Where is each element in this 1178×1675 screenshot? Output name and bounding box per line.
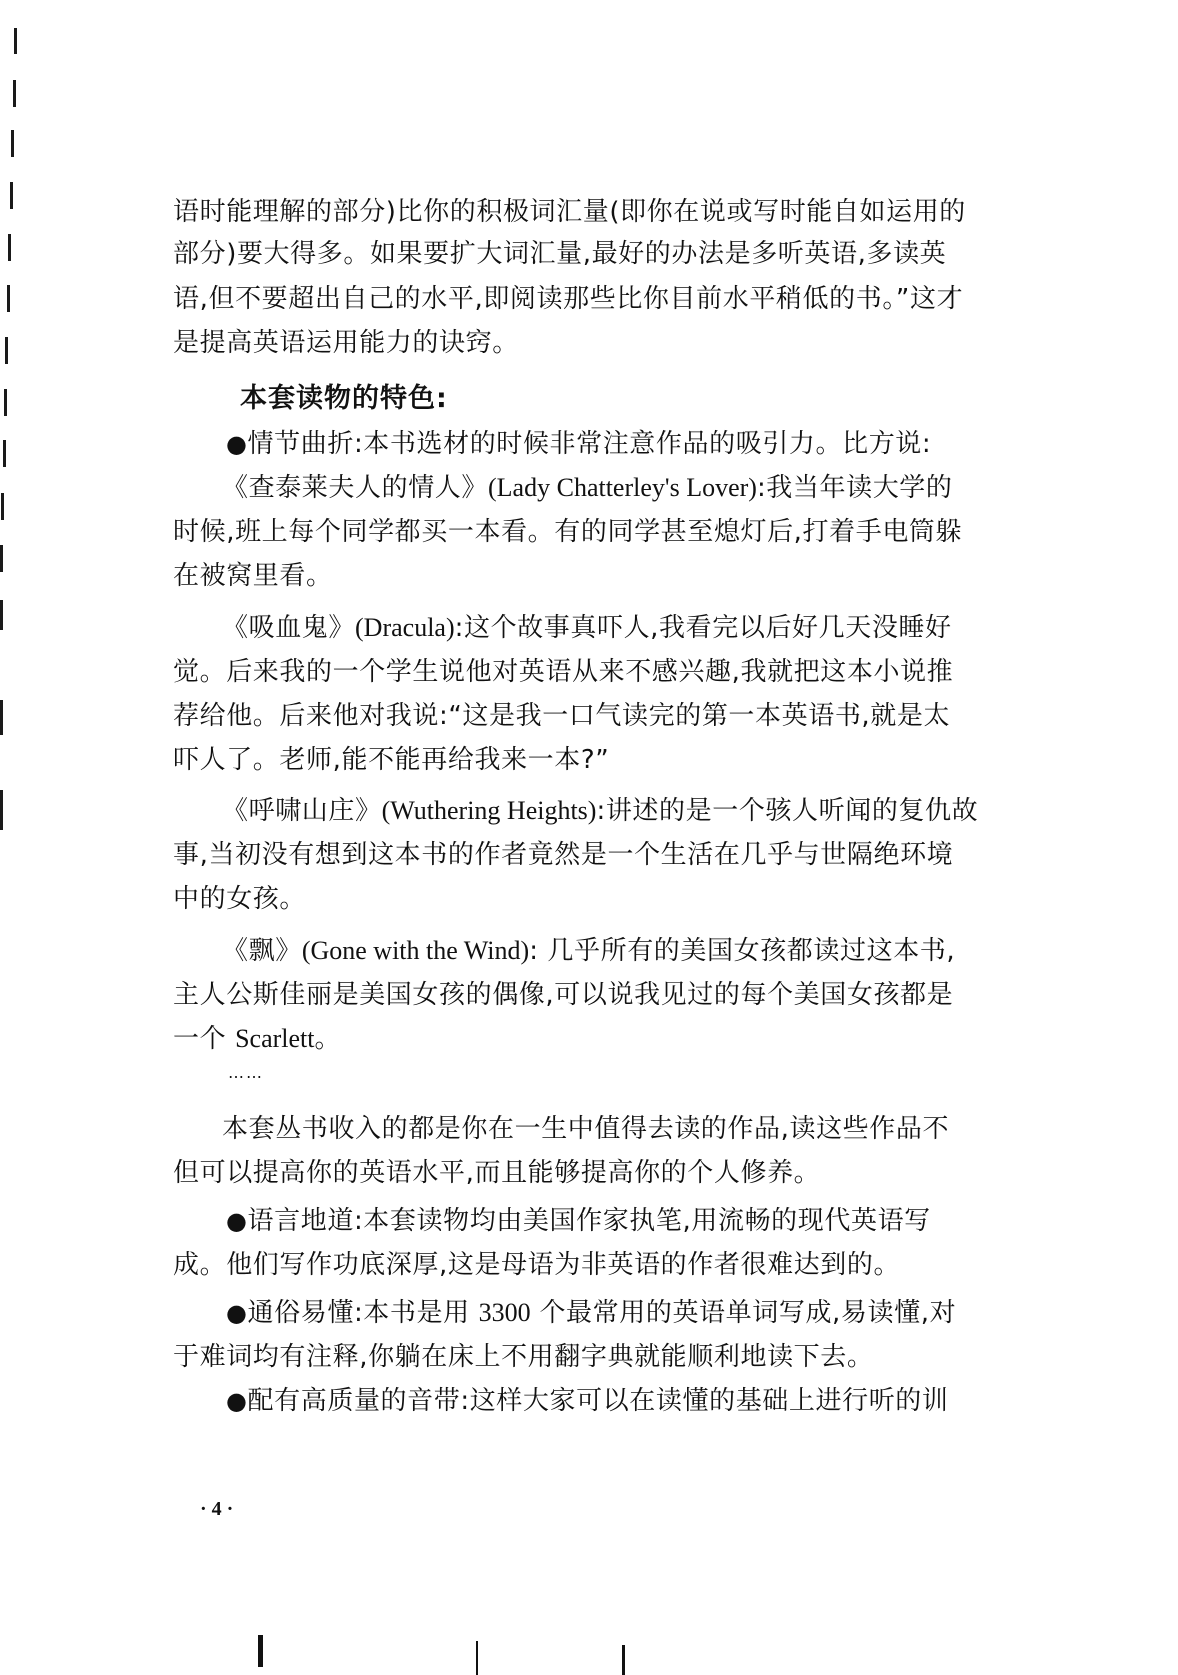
latin-name: Scarlett: [235, 1024, 314, 1053]
binding-mark: [0, 790, 3, 830]
binding-mark: [0, 600, 3, 630]
binding-mark: [8, 234, 11, 261]
book-en-title: (Wuthering Heights): [382, 796, 597, 825]
book-desc: :我当年读大学的: [757, 473, 953, 503]
feature-plot: ●情节曲折:本书选材的时候非常注意作品的吸引力。比方说:: [226, 428, 931, 460]
binding-mark: [13, 80, 16, 107]
paragraph-line: 于难词均有注释,你躺在床上不用翻字典就能顺利地读下去。: [173, 1341, 873, 1373]
paragraph-line: 吓人了。老师,能不能再给我来一本?”: [173, 744, 609, 776]
paragraph-line: 事,当初没有想到这本书的作者竟然是一个生活在几乎与世隔绝环境: [173, 839, 953, 871]
binding-mark: [3, 440, 6, 467]
bullet-icon: ●: [226, 1207, 248, 1235]
paragraph-line: 荐给他。后来他对我说:“这是我一口气读完的第一本英语书,就是太: [173, 700, 950, 732]
paragraph-line: 但可以提高你的英语水平,而且能够提高你的个人修养。: [173, 1157, 820, 1189]
bullet-icon: ●: [226, 1299, 248, 1327]
binding-mark: [1, 493, 4, 520]
book-cn-title: 《吸血鬼》: [222, 613, 355, 643]
paragraph-line: 是提高英语运用能力的诀窍。: [173, 327, 519, 359]
binding-mark: [0, 700, 3, 735]
book-entry-lady-chatterley: 《查泰莱夫人的情人》(Lady Chatterley's Lover):我当年读…: [222, 472, 953, 504]
book-cn-title: 《呼啸山庄》: [222, 796, 382, 826]
line-text: 一个: [173, 1024, 235, 1054]
paragraph-line: 成。他们写作功底深厚,这是母语为非英语的作者很难达到的。: [173, 1249, 900, 1281]
paragraph-line: 语,但不要超出自己的水平,即阅读那些比你目前水平稍低的书。”这才: [173, 283, 963, 315]
bullet-icon: ●: [226, 1387, 248, 1415]
binding-mark: [10, 182, 13, 209]
paragraph-line: 中的女孩。: [173, 883, 306, 915]
page-number: · 4 ·: [200, 1498, 233, 1521]
paragraph-line: 语时能理解的部分)比你的积极词汇量(即你在说或写时能自如运用的: [173, 196, 966, 228]
binding-mark: [11, 130, 14, 157]
ellipsis: ……: [228, 1063, 264, 1082]
section-heading: 本套读物的特色:: [240, 382, 448, 416]
paragraph-line: 主人公斯佳丽是美国女孩的偶像,可以说我见过的每个美国女孩都是: [173, 979, 953, 1011]
word-count: 3300: [479, 1298, 531, 1327]
book-en-title: (Lady Chatterley's Lover): [488, 473, 757, 502]
feature-text: 情节曲折:本书选材的时候非常注意作品的吸引力。比方说:: [248, 429, 932, 459]
book-desc: : 几乎所有的美国女孩都读过这本书,: [529, 936, 955, 966]
scan-mark: [258, 1635, 263, 1667]
scan-mark: [622, 1645, 625, 1675]
feature-text: 语言地道:本套读物均由美国作家执笔,用流畅的现代英语写: [248, 1206, 931, 1236]
paragraph-line: 在被窝里看。: [173, 560, 333, 592]
feature-language: ●语言地道:本套读物均由美国作家执笔,用流畅的现代英语写: [226, 1205, 931, 1237]
feature-text: 通俗易懂:本书是用: [248, 1298, 479, 1328]
paragraph-line: 觉。后来我的一个学生说他对英语从来不感兴趣,我就把这本小说推: [173, 656, 953, 688]
binding-mark: [14, 28, 17, 54]
binding-mark: [7, 285, 10, 312]
paragraph-line: 部分)要大得多。如果要扩大词汇量,最好的办法是多听英语,多读英: [173, 238, 946, 270]
paragraph-line: 时候,班上每个同学都买一本看。有的同学甚至熄灯后,打着手电筒躲: [173, 516, 962, 548]
book-en-title: (Dracula): [355, 613, 455, 642]
book-entry-gone-with-the-wind: 《飘》(Gone with the Wind): 几乎所有的美国女孩都读过这本书…: [222, 935, 955, 967]
paragraph-line: 本套丛书收入的都是你在一生中值得去读的作品,读这些作品不: [222, 1113, 949, 1145]
binding-mark: [0, 545, 3, 572]
book-cn-title: 《查泰莱夫人的情人》: [222, 473, 488, 503]
book-entry-dracula: 《吸血鬼》(Dracula):这个故事真吓人,我看完以后好几天没睡好: [222, 612, 952, 644]
binding-mark: [4, 389, 7, 416]
feature-easy: ●通俗易懂:本书是用 3300 个最常用的英语单词写成,易读懂,对: [226, 1297, 956, 1329]
feature-text: 配有高质量的音带:这样大家可以在读懂的基础上进行听的训: [248, 1386, 949, 1416]
book-entry-wuthering-heights: 《呼啸山庄》(Wuthering Heights):讲述的是一个骇人听闻的复仇故: [222, 795, 978, 827]
line-punct: 。: [315, 1024, 342, 1054]
scan-mark: [476, 1641, 478, 1675]
book-cn-title: 《飘》: [222, 936, 302, 966]
book-en-title: (Gone with the Wind): [302, 936, 529, 965]
book-desc: :这个故事真吓人,我看完以后好几天没睡好: [455, 613, 952, 643]
bullet-icon: ●: [226, 430, 248, 458]
paragraph-line: 一个 Scarlett。: [173, 1023, 341, 1055]
feature-text: 个最常用的英语单词写成,易读懂,对: [531, 1298, 957, 1328]
binding-mark: [5, 337, 8, 364]
book-desc: :讲述的是一个骇人听闻的复仇故: [596, 796, 978, 826]
feature-audio: ●配有高质量的音带:这样大家可以在读懂的基础上进行听的训: [226, 1385, 949, 1417]
